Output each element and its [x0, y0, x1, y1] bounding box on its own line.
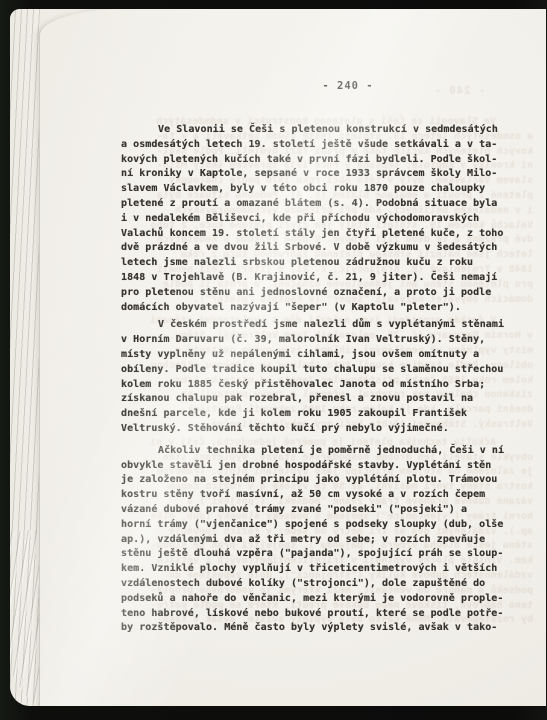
- page-number: - 240 -: [310, 80, 386, 92]
- page-surface: - 240 - Ve Slavonii se Češi s pletenou k…: [39, 9, 546, 706]
- body-paragraph-3: Ačkoliv technika pletení je poměrně jedn…: [121, 444, 516, 636]
- book-page: - 240 - Ve Slavonii se Češi s pletenou k…: [10, 9, 546, 706]
- bleed-page-number: - 240 -: [121, 85, 485, 97]
- body-paragraph-1: Ve Slavonii se Češi s pletenou konstrukc…: [121, 123, 516, 315]
- scanned-page-photo: - 240 - Ve Slavonii se Češi s pletenou k…: [0, 0, 547, 720]
- body-paragraph-2: V českém prostředí jsme nalezli dům s vy…: [121, 318, 516, 436]
- page-text: Ve Slavonii se Češi s pletenou konstrukc…: [121, 123, 516, 636]
